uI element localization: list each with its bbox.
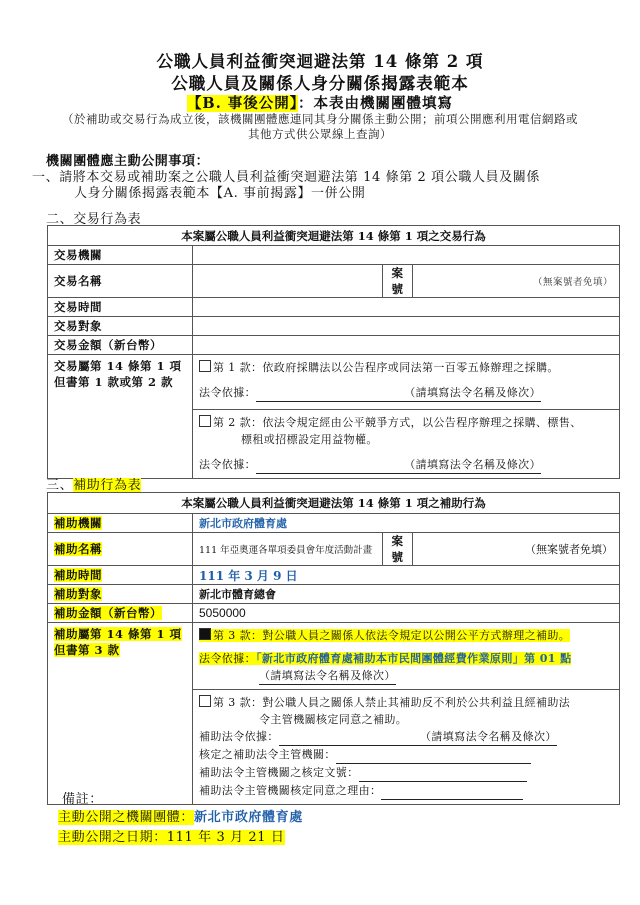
remarks-date: 主動公開之日期：111 年 3 月 21 日 <box>58 826 285 845</box>
remarks-org: 主動公開之機關團體：新北市政府體育處 <box>58 806 303 825</box>
clause1-basis-field[interactable]: （請填寫法令名稱及條次） <box>256 384 541 402</box>
table-row: 補助名稱 111 年亞奧運各單項委員會年度活動計畫 案號 （無案號者免填） <box>48 533 620 566</box>
clause3b-cell: 第 3 款：對公職人員之關係人禁止其補助反不利於公共利益且經補助法 令主管機關核… <box>193 690 620 805</box>
transaction-party-field[interactable] <box>193 317 620 336</box>
table-row: 交易機關 <box>48 246 620 265</box>
disclosure-note-line1: （於補助或交易行為成立後，該機關團體應連同其身分關係主動公開；前項公開應利用電信… <box>20 112 620 127</box>
clause3b-checkbox[interactable] <box>199 695 211 707</box>
clause2-cell: 第 2 款：依法令規定經由公平競爭方式，以公告程序辦理之採購、標售、 標租或招標… <box>193 410 620 479</box>
case-number-label: 案號 <box>383 265 413 298</box>
subsidy-time-field[interactable]: 111 年 3 月 9 日 <box>193 566 620 585</box>
table-row: 補助時間 111 年 3 月 9 日 <box>48 566 620 585</box>
table-row: 交易金額（新台幣） <box>48 336 620 355</box>
subsidy-recipient-label: 補助對象 <box>48 585 193 604</box>
clause3a-checkbox[interactable] <box>199 628 211 640</box>
disclosure-note-line2: 其他方式供公眾線上查詢） <box>20 127 620 142</box>
clause2-basis-field[interactable]: （請填寫法令名稱及條次） <box>256 456 541 474</box>
transaction-table: 本案屬公職人員利益衝突迴避法第 14 條第 1 項之交易行為 交易機關 交易名稱… <box>47 225 620 479</box>
transaction-amount-label: 交易金額（新台幣） <box>48 336 193 355</box>
document-subtitle: 【B. 事後公開】：本表由機關團體填寫 <box>0 92 640 113</box>
subtitle-text: ：本表由機關團體填寫 <box>298 95 453 112</box>
case-number-label: 案號 <box>383 533 413 566</box>
table-row: 補助對象 新北市體育總會 <box>48 585 620 604</box>
transaction-name-field[interactable] <box>193 265 383 298</box>
subsidy-agency-field[interactable]: 新北市政府體育處 <box>193 514 620 533</box>
case-number-field[interactable]: （無案號者免填） <box>413 265 620 298</box>
transaction-amount-field[interactable] <box>193 336 620 355</box>
remarks-heading: 備註： <box>62 788 103 807</box>
transaction-agency-field[interactable] <box>193 246 620 265</box>
subsidy-agency-label: 補助機關 <box>48 514 193 533</box>
table-row: 交易對象 <box>48 317 620 336</box>
transaction-agency-label: 交易機關 <box>48 246 193 265</box>
subsidy-section-title: 三、補助行為表 <box>46 474 141 493</box>
clause1-checkbox[interactable] <box>199 360 211 372</box>
subsidy-name-label: 補助名稱 <box>48 533 193 566</box>
clause3b-basis-field[interactable]: （請填寫法令名稱及條次） <box>279 728 557 746</box>
transaction-table-header: 本案屬公職人員利益衝突迴避法第 14 條第 1 項之交易行為 <box>48 226 620 246</box>
subsidy-name-field[interactable]: 111 年亞奧運各單項委員會年度活動計畫 <box>193 533 383 566</box>
subsidy-amount-field[interactable]: 5050000 <box>193 604 620 623</box>
document-title-line1: 公職人員利益衝突迴避法第 14 條第 2 項 <box>0 48 640 72</box>
instruction-item1-line2: 人身分關係揭露表範本【A. 事前揭露】一併公開 <box>74 182 365 201</box>
case-number-field[interactable]: （無案號者免填） <box>413 533 620 566</box>
clause2-checkbox[interactable] <box>199 415 211 427</box>
table-row: 補助機關 新北市政府體育處 <box>48 514 620 533</box>
table-row: 交易屬第 14 條第 1 項 但書第 1 款或第 2 款 第 1 款：依政府採購… <box>48 355 620 410</box>
transaction-party-label: 交易對象 <box>48 317 193 336</box>
clause3a-basis-value[interactable]: 「新北市政府體育處補助本市民間團體經費作業原則」第 01 點 <box>256 652 571 665</box>
subsidy-amount-label: 補助金額（新台幣） <box>48 604 193 623</box>
table-row: 補助金額（新台幣） 5050000 <box>48 604 620 623</box>
table-row: 交易時間 <box>48 298 620 317</box>
phase-badge: 【B. 事後公開】 <box>187 95 298 112</box>
subsidy-table: 本案屬公職人員利益衝突迴避法第 14 條第 1 項之補助行為 補助機關 新北市政… <box>47 492 620 805</box>
transaction-time-label: 交易時間 <box>48 298 193 317</box>
remarks-org-value: 新北市政府體育處 <box>194 810 303 825</box>
subsidy-exception-label: 補助屬第 14 條第 1 項 但書第 3 款 <box>48 623 193 805</box>
subsidy-time-label: 補助時間 <box>48 566 193 585</box>
table-row: 補助屬第 14 條第 1 項 但書第 3 款 第 3 款：對公職人員之關係人依法… <box>48 623 620 690</box>
transaction-exception-label: 交易屬第 14 條第 1 項 但書第 1 款或第 2 款 <box>48 355 193 479</box>
transaction-time-field[interactable] <box>193 298 620 317</box>
subsidy-recipient-field[interactable]: 新北市體育總會 <box>193 585 620 604</box>
transaction-name-label: 交易名稱 <box>48 265 193 298</box>
document-title-line2: 公職人員及關係人身分關係揭露表範本 <box>0 70 640 94</box>
clause1-cell: 第 1 款：依政府採購法以公告程序或同法第一百零五條辦理之採購。 法令依據：（請… <box>193 355 620 410</box>
table-row: 交易名稱 案號 （無案號者免填） <box>48 265 620 298</box>
clause3a-cell: 第 3 款：對公職人員之關係人依法令規定以公開公平方式辦理之補助。 法令依據：「… <box>193 623 620 690</box>
subsidy-table-header: 本案屬公職人員利益衝突迴避法第 14 條第 1 項之補助行為 <box>48 493 620 514</box>
